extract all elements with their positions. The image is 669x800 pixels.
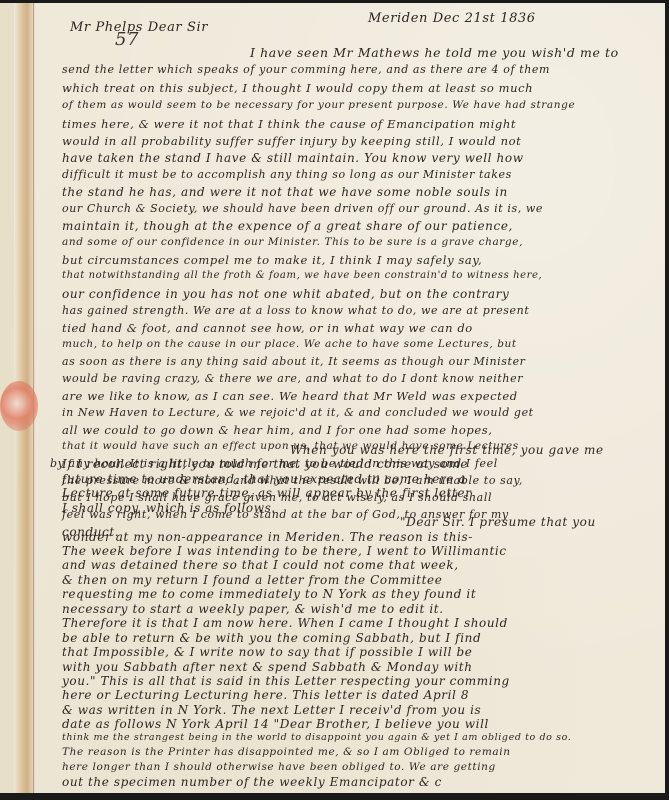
text-line: times here, & were it not that I think t… bbox=[62, 117, 516, 131]
text-line: are we like to know, as I can see. We he… bbox=[62, 389, 518, 403]
text-line: I have seen Mr Mathews he told me you wi… bbox=[250, 45, 619, 60]
text-line: here or Lecturing Lecturing here. This l… bbox=[62, 688, 469, 702]
text-line: and was detained there so that I could n… bbox=[62, 558, 459, 572]
text-line: would in all probability suffer suffer i… bbox=[62, 134, 521, 148]
text-line: here longer than I should otherwise have… bbox=[62, 761, 496, 773]
text-line: tied hand & foot, and cannot see how, or… bbox=[62, 321, 473, 335]
text-line: that notwithstanding all the froth & foa… bbox=[62, 270, 542, 281]
text-line: Lecture at some future time, as will app… bbox=[62, 486, 471, 500]
text-line: The reason is the Printer has disappoint… bbox=[62, 746, 511, 758]
letter-page: Mr Phelps Dear Sir Meriden Dec 21st 1836… bbox=[0, 3, 665, 793]
text-line: but circumstances compel me to make it, … bbox=[62, 253, 482, 267]
text-line: of them as would seem to be necessary fo… bbox=[62, 99, 575, 111]
text-line: which treat on this subject, I thought I… bbox=[62, 81, 533, 95]
text-line: our Church & Society, we should have bee… bbox=[62, 202, 543, 215]
text-line: send the letter which speaks of your com… bbox=[62, 63, 550, 76]
text-line: our confidence in you has not one whit a… bbox=[62, 287, 509, 301]
text-line: and some of our confidence in our Minist… bbox=[62, 236, 523, 248]
text-line: date as follows N York April 14 "Dear Br… bbox=[62, 717, 489, 731]
text-line: in New Haven to Lecture, & we rejoic'd a… bbox=[62, 406, 534, 419]
text-line: with you Sabbath after next & spend Sabb… bbox=[62, 660, 473, 674]
text-line: all we could to go down & hear him, and … bbox=[62, 423, 493, 437]
text-line: wonder at my non-appearance in Meriden. … bbox=[62, 530, 473, 544]
wax-seal-mark bbox=[0, 381, 38, 431]
text-line: necessary to start a weekly paper, & wis… bbox=[62, 602, 444, 616]
text-line: "Dear Sir. I presume that you bbox=[400, 515, 596, 529]
text-line: much, to help on the cause in our place.… bbox=[62, 338, 517, 350]
text-line: be able to return & be with you the comi… bbox=[62, 631, 481, 645]
text-line: have taken the stand I have & still main… bbox=[62, 151, 524, 165]
text-line: requesting me to come immediately to N Y… bbox=[62, 587, 476, 601]
text-line: future time to understand, that you expe… bbox=[62, 472, 466, 486]
text-line: out the specimen number of the weekly Em… bbox=[62, 775, 442, 789]
text-line: would be raving crazy, & there we are, a… bbox=[62, 372, 523, 385]
text-line: The week before I was intending to be th… bbox=[62, 544, 507, 558]
text-line: If I recollect right, you told me that y… bbox=[62, 457, 468, 471]
text-line: you." This is all that is said in this L… bbox=[62, 674, 510, 688]
text-line: as soon as there is any thing said about… bbox=[62, 355, 526, 368]
text-line: that Impossible, & I write now to say th… bbox=[62, 645, 472, 659]
text-line: has gained strength. We are at a loss to… bbox=[62, 304, 529, 317]
text-line: the stand he has, and were it not that w… bbox=[62, 185, 508, 199]
dateline: Meriden Dec 21st 1836 bbox=[368, 11, 536, 26]
text-line: When you was here the first time, you ga… bbox=[290, 443, 604, 457]
text-line: & then on my return I found a letter fro… bbox=[62, 573, 442, 587]
text-line: think me the strangest being in the worl… bbox=[62, 732, 571, 743]
text-line: maintain it, though at the expence of a … bbox=[62, 219, 513, 233]
text-line: difficult it must be to accomplish any t… bbox=[62, 168, 512, 181]
folio-number: 57 bbox=[115, 29, 139, 50]
text-line: I shall copy, which is as follows. bbox=[62, 501, 276, 515]
text-line: & was written in N York. The next Letter… bbox=[62, 703, 481, 717]
text-line: Therefore it is that I am now here. When… bbox=[62, 616, 508, 630]
